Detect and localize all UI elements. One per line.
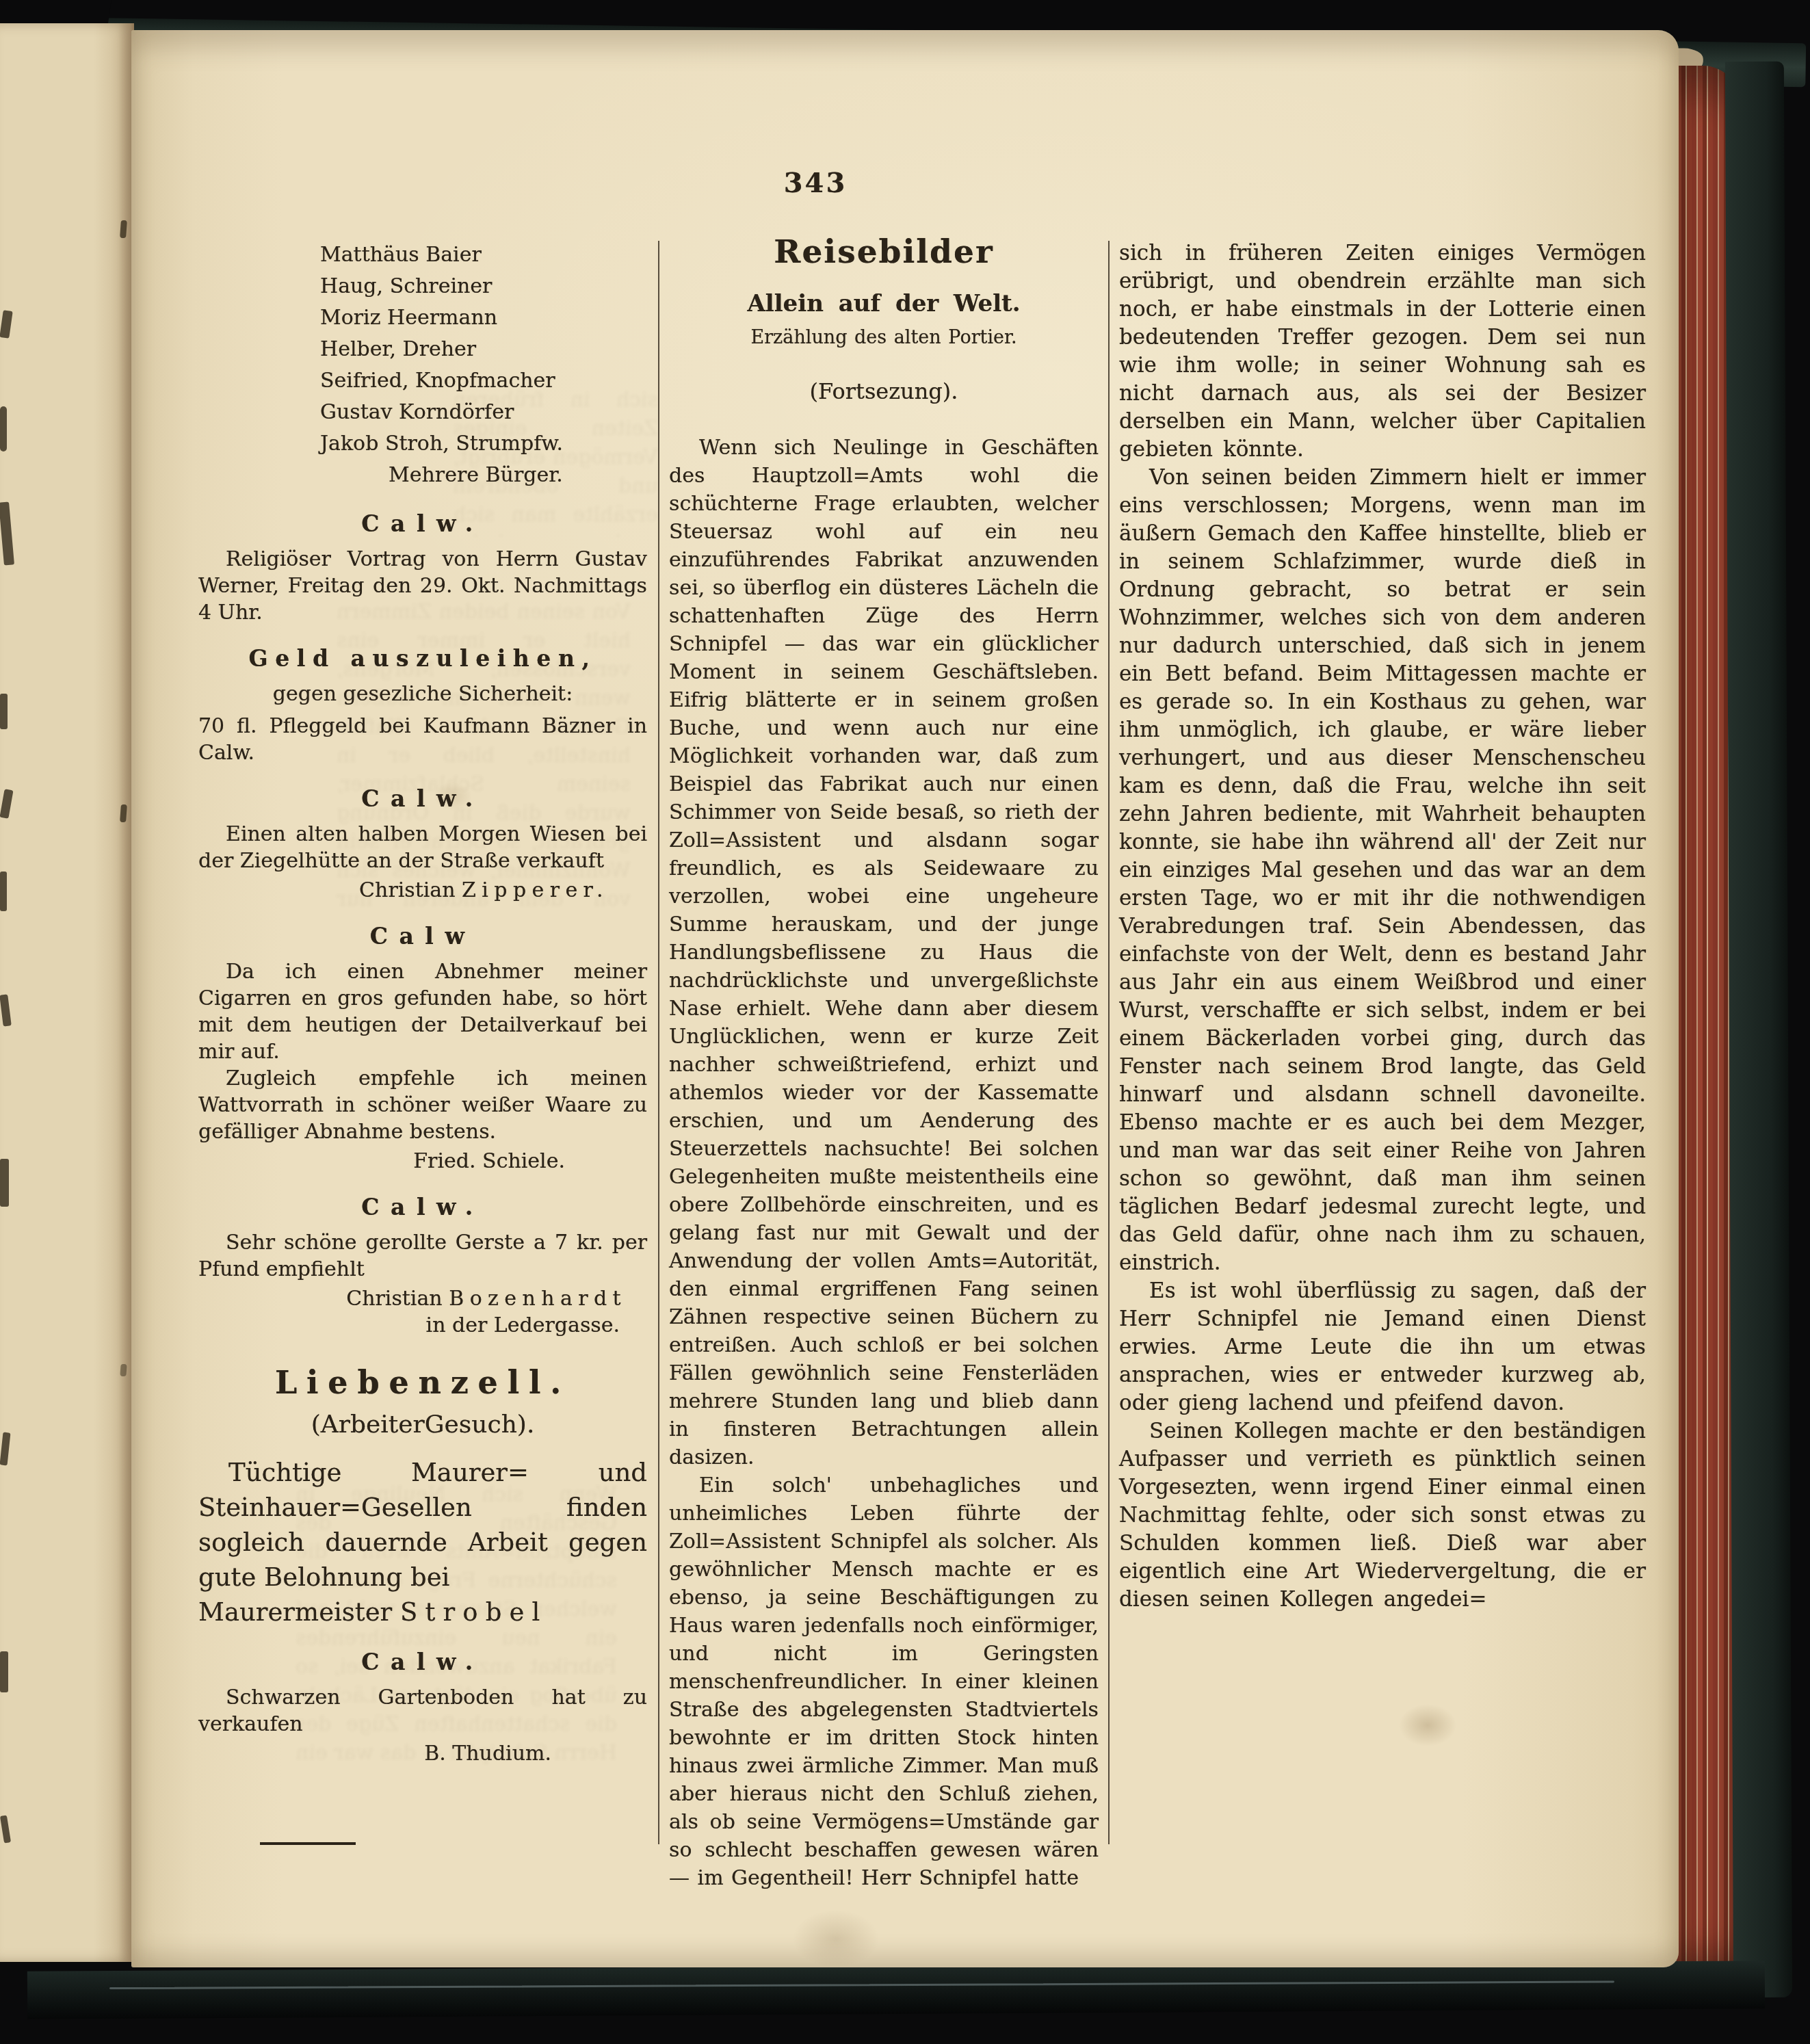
clipped-glyph-fragment bbox=[0, 406, 7, 451]
signatory: Mehrere Bürger. bbox=[389, 460, 647, 491]
gutter-stitch bbox=[120, 1364, 127, 1377]
ad-heading-calw: Calw. bbox=[198, 784, 647, 814]
story-paragraph: Seinen Kollegen machte er den beständige… bbox=[1119, 1417, 1646, 1614]
section-end-rule bbox=[260, 1842, 356, 1845]
clipped-glyph-fragment bbox=[0, 694, 8, 729]
ad-heading-calw: Calw bbox=[198, 921, 647, 952]
newspaper-page: sich in früheren Zeiten einiges Vermögen… bbox=[131, 30, 1679, 1967]
story-paragraph: Ein solch' unbehagliches und unheimliche… bbox=[669, 1471, 1099, 1892]
clipped-glyph-fragment bbox=[0, 310, 13, 339]
gutter-stitch bbox=[120, 220, 127, 239]
signatory: Gustav Korndörfer bbox=[320, 397, 647, 428]
right-column-story: sich in früheren Zeiten einiges Vermögen… bbox=[1119, 239, 1646, 1614]
signatory: Moriz Heermann bbox=[320, 302, 647, 334]
story-paragraph: Wenn sich Neulinge in Geschäften des Hau… bbox=[669, 434, 1099, 1471]
ad-body: Religiöser Vortrag von Herrn Gustav Wern… bbox=[198, 546, 647, 626]
ad-signature: Christian Bozenhardt bbox=[198, 1285, 647, 1312]
story-title: Reisebilder bbox=[669, 234, 1099, 271]
ad-signature-line2: in der Ledergasse. bbox=[198, 1312, 647, 1339]
clipped-glyph-fragment bbox=[0, 1432, 10, 1466]
signature-name: Christian bbox=[346, 1287, 449, 1311]
clipped-glyph-fragment bbox=[0, 1815, 11, 1843]
gutter-stitch bbox=[120, 804, 127, 823]
book-cover-right-edge bbox=[1725, 62, 1792, 1997]
left-column-advertisements: Matthäus Baier Haug, Schreiner Moriz Hee… bbox=[198, 239, 647, 1845]
ad-heading-calw: Calw. bbox=[198, 1192, 647, 1222]
signatory: Haug, Schreiner bbox=[320, 271, 647, 302]
story-paragraph: Von seinen beiden Zimmern hielt er immer… bbox=[1119, 464, 1646, 1277]
signatory: Helber, Dreher bbox=[320, 334, 647, 365]
ad-body: 70 fl. Pfleggeld bei Kaufmann Bäzner in … bbox=[198, 713, 647, 766]
continuation-note: (Fortsezung). bbox=[669, 378, 1099, 405]
ad-heading-geld: Geld auszuleihen, bbox=[198, 644, 647, 674]
book-cover-bottom-edge bbox=[27, 1961, 1765, 2019]
story-paragraph: sich in früheren Zeiten einiges Vermögen… bbox=[1119, 239, 1646, 464]
middle-column-story: Reisebilder Allein auf der Welt. Erzählu… bbox=[669, 234, 1099, 1892]
signature-name: Maurermeister bbox=[198, 1597, 400, 1627]
ad-subheading: gegen gesezliche Sicherheit: bbox=[198, 681, 647, 707]
ad-body: Sehr schöne gerollte Gerste a 7 kr. per … bbox=[198, 1229, 647, 1283]
ad-body: Da ich einen Abnehmer meiner Cigarren en… bbox=[198, 958, 647, 1065]
ad-body: Tüchtige Maurer= und Steinhauer=Gesellen… bbox=[198, 1455, 647, 1595]
ad-heading-calw: Calw. bbox=[198, 509, 647, 539]
ad-signature: Fried. Schiele. bbox=[198, 1148, 647, 1175]
clipped-glyph-fragment bbox=[0, 994, 12, 1026]
story-subtitle2: Erzählung des alten Portier. bbox=[669, 326, 1099, 350]
signature-name-spaced: Zipperer. bbox=[462, 878, 609, 902]
clipped-glyph-fragment bbox=[0, 1651, 8, 1692]
clipped-glyph-fragment bbox=[0, 1159, 9, 1207]
ad-heading-liebenzell: Liebenzell. bbox=[198, 1362, 647, 1403]
ad-signature: B. Thudium. bbox=[198, 1740, 647, 1767]
ad-heading-calw: Calw. bbox=[198, 1647, 647, 1677]
signatory-list: Matthäus Baier Haug, Schreiner Moriz Hee… bbox=[320, 239, 647, 491]
column-divider-left bbox=[658, 241, 659, 1844]
signature-name: Christian bbox=[359, 878, 462, 902]
page-number: 343 bbox=[773, 167, 858, 199]
story-subtitle: Allein auf der Welt. bbox=[669, 289, 1099, 319]
signatory: Seifried, Knopfmacher bbox=[320, 365, 647, 397]
story-paragraph: Es ist wohl überflüssig zu sagen, daß de… bbox=[1119, 1277, 1646, 1417]
ad-signature: Maurermeister Strobel bbox=[198, 1595, 647, 1629]
signature-name-spaced: Strobel bbox=[400, 1597, 547, 1627]
ad-signature: Christian Zipperer. bbox=[198, 877, 647, 904]
signatory: Jakob Stroh, Strumpfw. bbox=[320, 428, 647, 460]
ad-subheading: (ArbeiterGesuch). bbox=[198, 1407, 647, 1443]
clipped-glyph-fragment bbox=[0, 502, 14, 566]
clipped-glyph-fragment bbox=[0, 789, 14, 819]
binding-thread bbox=[109, 1981, 1614, 1990]
clipped-glyph-fragment bbox=[0, 872, 7, 911]
ad-body: Zugleich empfehle ich meinen Wattvorrath… bbox=[198, 1065, 647, 1145]
column-divider-right bbox=[1108, 241, 1110, 1844]
book-scan: sich in früheren Zeiten einiges Vermögen… bbox=[0, 0, 1810, 2044]
ad-body: Einen alten halben Morgen Wiesen bei der… bbox=[198, 821, 647, 874]
facing-page-edge bbox=[0, 23, 134, 1962]
ad-body: Schwarzen Gartenboden hat zu verkaufen bbox=[198, 1684, 647, 1738]
signatory: Matthäus Baier bbox=[320, 239, 647, 271]
signature-name-spaced: Bozenhardt bbox=[449, 1287, 627, 1311]
